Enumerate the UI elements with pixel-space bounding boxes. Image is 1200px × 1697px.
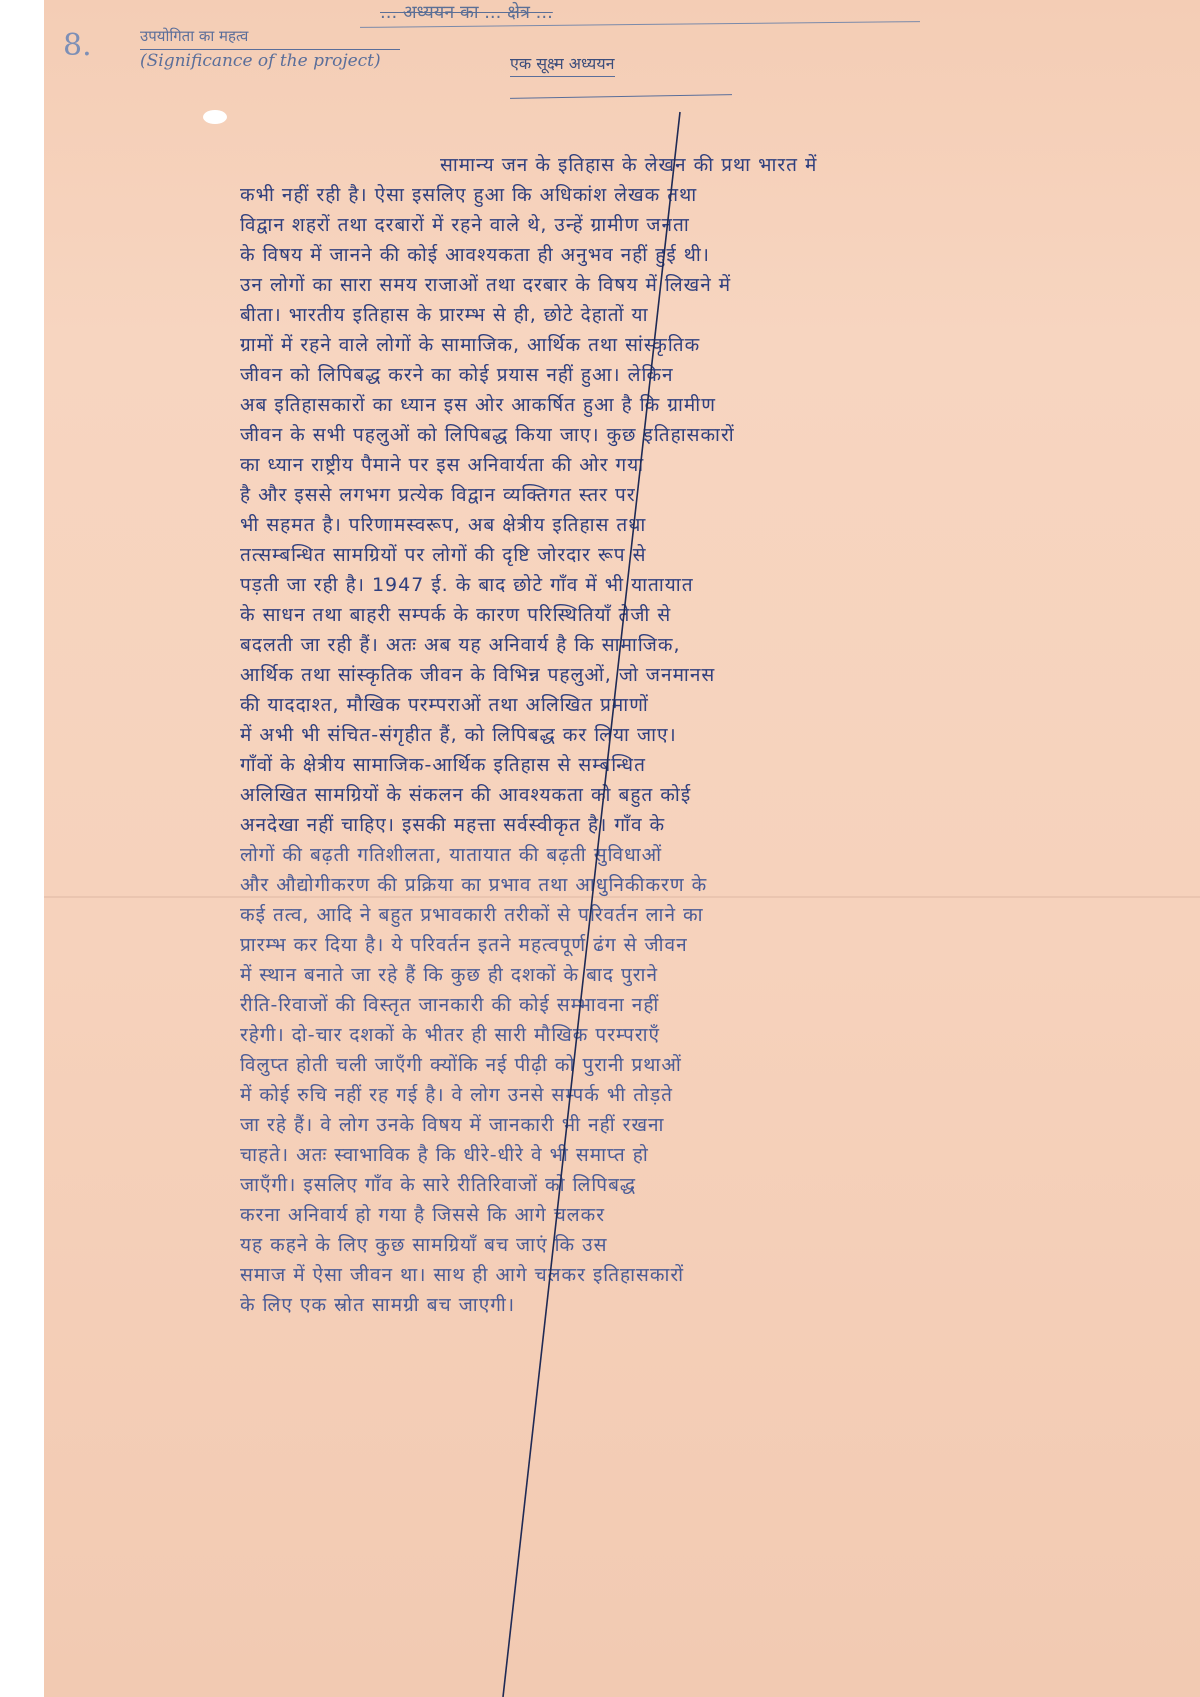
text-line: सामान्य जन के इतिहास के लेखन की प्रथा भा… (240, 150, 1140, 180)
text-line: के साधन तथा बाहरी सम्पर्क के कारण परिस्थ… (240, 600, 1140, 630)
text-line: तत्सम्बन्धित सामग्रियों पर लोगों की दृष्… (240, 540, 1140, 570)
text-line: है और इससे लगभग प्रत्येक विद्वान व्यक्ति… (240, 480, 1140, 510)
text-line: बदलती जा रही हैं। अतः अब यह अनिवार्य है … (240, 630, 1140, 660)
text-line: यह कहने के लिए कुछ सामग्रियाँ बच जाएं कि… (240, 1230, 1140, 1260)
text-line: पड़ती जा रही है। 1947 ई. के बाद छोटे गाँ… (240, 570, 1140, 600)
text-line: ग्रामों में रहने वाले लोगों के सामाजिक, … (240, 330, 1140, 360)
paper-tear-hole (203, 110, 227, 124)
text-line: भी सहमत है। परिणामस्वरूप, अब क्षेत्रीय इ… (240, 510, 1140, 540)
text-line: लोगों की बढ़ती गतिशीलता, यातायात की बढ़त… (240, 840, 1140, 870)
text-line: अब इतिहासकारों का ध्यान इस ओर आकर्षित हु… (240, 390, 1140, 420)
text-line: के लिए एक स्रोत सामग्री बच जाएगी। (240, 1290, 1140, 1320)
text-line: रीति-रिवाजों की विस्तृत जानकारी की कोई स… (240, 990, 1140, 1020)
text-line: में स्थान बनाते जा रहे हैं कि कुछ ही दशक… (240, 960, 1140, 990)
text-line: जीवन को लिपिबद्ध करने का कोई प्रयास नहीं… (240, 360, 1140, 390)
item-number: 8. (63, 28, 92, 63)
struck-out-top-line: ... अध्ययन का ... क्षेत्र ... (380, 0, 920, 24)
text-line: अनदेखा नहीं चाहिए। इसकी महत्ता सर्वस्वीक… (240, 810, 1140, 840)
text-line: बीता। भारतीय इतिहास के प्रारम्भ से ही, छ… (240, 300, 1140, 330)
text-line: अलिखित सामग्रियों के संकलन की आवश्यकता क… (240, 780, 1140, 810)
margin-heading-hindi: उपयोगिता का महत्व (140, 25, 400, 50)
margin-heading-english: (Significance of the project) (140, 50, 400, 72)
text-line: के विषय में जानने की कोई आवश्यकता ही अनु… (240, 240, 1140, 270)
text-line: प्रारम्भ कर दिया है। ये परिवर्तन इतने मह… (240, 930, 1140, 960)
text-line: कई तत्व, आदि ने बहुत प्रभावकारी तरीकों स… (240, 900, 1140, 930)
text-line: की याददाश्त, मौखिक परम्पराओं तथा अलिखित … (240, 690, 1140, 720)
text-line: जाएँगी। इसलिए गाँव के सारे रीतिरिवाजों क… (240, 1170, 1140, 1200)
text-line: विद्वान शहरों तथा दरबारों में रहने वाले … (240, 210, 1140, 240)
text-line: रहेगी। दो-चार दशकों के भीतर ही सारी मौखि… (240, 1020, 1140, 1050)
text-line: विलुप्त होती चली जाएँगी क्योंकि नई पीढ़ी… (240, 1050, 1140, 1080)
text-line: उन लोगों का सारा समय राजाओं तथा दरबार के… (240, 270, 1140, 300)
text-line: गाँवों के क्षेत्रीय सामाजिक-आर्थिक इतिहा… (240, 750, 1140, 780)
page-title: एक सूक्ष्म अध्ययन (510, 52, 615, 77)
text-line: जा रहे हैं। वे लोग उनके विषय में जानकारी… (240, 1110, 1140, 1140)
text-line: में अभी भी संचित-संगृहीत हैं, को लिपिबद्… (240, 720, 1140, 750)
margin-heading: उपयोगिता का महत्व (Significance of the p… (140, 25, 400, 72)
text-line: समाज में ऐसा जीवन था। साथ ही आगे चलकर इत… (240, 1260, 1140, 1290)
text-line: आर्थिक तथा सांस्कृतिक जीवन के विभिन्न पह… (240, 660, 1140, 690)
text-line: करना अनिवार्य हो गया है जिससे कि आगे चलक… (240, 1200, 1140, 1230)
handwritten-body: सामान्य जन के इतिहास के लेखन की प्रथा भा… (240, 150, 1140, 1320)
text-line: चाहते। अतः स्वाभाविक है कि धीरे-धीरे वे … (240, 1140, 1140, 1170)
text-line: और औद्योगीकरण की प्रक्रिया का प्रभाव तथा… (240, 870, 1140, 900)
text-line: का ध्यान राष्ट्रीय पैमाने पर इस अनिवार्य… (240, 450, 1140, 480)
text-line: में कोई रुचि नहीं रह गई है। वे लोग उनसे … (240, 1080, 1140, 1110)
text-line: कभी नहीं रही है। ऐसा इसलिए हुआ कि अधिकां… (240, 180, 1140, 210)
text-line: जीवन के सभी पहलुओं को लिपिबद्ध किया जाए।… (240, 420, 1140, 450)
